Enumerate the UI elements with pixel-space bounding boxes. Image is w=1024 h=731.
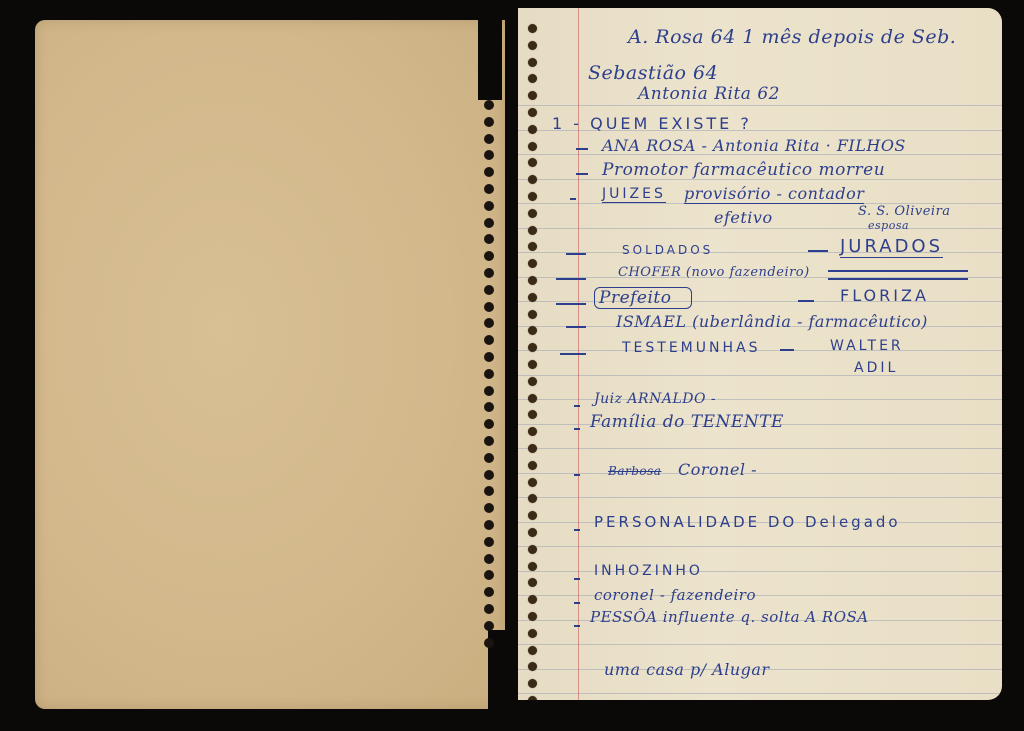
note-item: uma casa p/ Alugar (604, 660, 770, 679)
ruled-line (518, 644, 1002, 645)
ruled-line (518, 571, 1002, 572)
bullet-dash (566, 326, 586, 328)
bullet-dash (566, 253, 586, 255)
perforation-hole (528, 545, 537, 554)
ruled-line (518, 497, 1002, 498)
note-item: provisório - contador (684, 184, 864, 204)
perforation-hole (484, 100, 494, 110)
note-item: esposa (868, 219, 909, 232)
note-item: Promotor farmacêutico morreu (602, 160, 885, 180)
bullet-dash (574, 578, 580, 580)
perforation-hole (528, 108, 537, 117)
perforation-hole (528, 58, 537, 67)
ruled-line (518, 375, 1002, 376)
perforation-hole (528, 461, 537, 470)
perforation-hole (528, 612, 537, 621)
perforation-hole (484, 218, 494, 228)
note-item: Juiz ARNALDO - (594, 391, 716, 407)
perforation-hole (528, 410, 537, 419)
bullet-dash (574, 405, 580, 407)
bullet-dash (798, 300, 814, 302)
ruled-line (518, 448, 1002, 449)
note-item: FLORIZA (840, 286, 929, 305)
perforation-hole (484, 470, 494, 480)
perforation-hole (528, 175, 537, 184)
underline-stroke (828, 278, 968, 280)
note-item: ISMAEL (uberlândia - farmacêutico) (616, 312, 928, 331)
perforation-hole (528, 629, 537, 638)
perforation-hole (484, 201, 494, 211)
ruled-line (518, 399, 1002, 400)
perforation-hole (528, 427, 537, 436)
note-item: TESTEMUNHAS (622, 340, 760, 356)
perforation-hole (528, 310, 537, 319)
note-item: coronel - fazendeiro (594, 586, 756, 604)
section-title: 1 - QUEM EXISTE ? (552, 114, 752, 133)
perforation-hole (484, 537, 494, 547)
perforation-hole (528, 242, 537, 251)
ruled-line (518, 693, 1002, 694)
perforation-hole (528, 394, 537, 403)
bullet-dash (780, 349, 794, 351)
bullet-dash (574, 474, 580, 476)
perforation-hole (528, 494, 537, 503)
bullet-dash (560, 353, 586, 355)
perforation-hole (484, 369, 494, 379)
perforation-hole (528, 24, 537, 33)
perforation-hole (528, 679, 537, 688)
perforation-hole (484, 285, 494, 295)
note-item: PERSONALIDADE DO Delegado (594, 513, 901, 531)
ruled-line (518, 546, 1002, 547)
perforation-hole (528, 74, 537, 83)
bullet-dash (556, 303, 586, 305)
perforation-hole (484, 436, 494, 446)
note-item: CHOFER (novo fazendeiro) (618, 265, 810, 280)
note-item: efetivo (714, 208, 773, 227)
page-tear-shadow (478, 10, 502, 100)
note-header-3: Antonia Rita 62 (638, 84, 780, 104)
perforation-hole (484, 352, 494, 362)
perforation-hole (528, 562, 537, 571)
perforation-hole (528, 125, 537, 134)
perforation-hole (484, 520, 494, 530)
note-item: WALTER (830, 338, 904, 354)
note-item: SOLDADOS (622, 243, 713, 257)
bullet-dash (574, 625, 580, 627)
bullet-dash (574, 529, 580, 531)
perforation-hole (484, 302, 494, 312)
note-item: ADIL (854, 360, 898, 376)
perforation-hole (528, 478, 537, 487)
perforation-hole (528, 444, 537, 453)
perforation-hole (528, 528, 537, 537)
perforation-hole (528, 360, 537, 369)
perforation-hole (528, 662, 537, 671)
perforation-hole (528, 276, 537, 285)
bullet-dash (576, 173, 588, 175)
note-item: Família do TENENTE (590, 412, 784, 432)
perforation-hole (528, 377, 537, 386)
perforation-hole (528, 696, 537, 700)
perforation-hole (528, 158, 537, 167)
perforation-hole (528, 511, 537, 520)
perforation-hole (484, 638, 494, 648)
note-item: PESSÔA influente q. solta A ROSA (590, 608, 869, 626)
ruled-line (518, 105, 1002, 106)
struck-word: Barbosa (608, 464, 661, 478)
bullet-dash (808, 250, 828, 252)
perforation-hole (528, 41, 537, 50)
perforation-hole (528, 578, 537, 587)
perforation-hole (484, 621, 494, 631)
perforation-hole (528, 259, 537, 268)
note-item-juizes: JUIZES (602, 186, 666, 203)
perforation-hole (484, 268, 494, 278)
perforation-hole (484, 134, 494, 144)
perforation-hole (528, 209, 537, 218)
note-item: INHOZINHO (594, 563, 703, 579)
perforation-hole (528, 646, 537, 655)
perforation-hole (484, 453, 494, 463)
perforation-hole (528, 91, 537, 100)
perforation-hole (528, 226, 537, 235)
perforation-hole (528, 293, 537, 302)
ruled-line (518, 473, 1002, 474)
bullet-dash (574, 428, 580, 430)
note-item: S. S. Oliveira (858, 204, 951, 219)
perforation-hole (484, 554, 494, 564)
bullet-dash (556, 278, 586, 280)
perforation-hole (484, 184, 494, 194)
perforation-hole (484, 117, 494, 127)
bullet-dash (574, 602, 580, 604)
perforation-hole (528, 326, 537, 335)
perforation-hole (528, 192, 537, 201)
note-header-1: A. Rosa 64 1 mês depois de Seb. (628, 26, 956, 48)
ruled-line (518, 595, 1002, 596)
notebook-right-page: A. Rosa 64 1 mês depois de Seb. Sebastiã… (518, 8, 1002, 700)
ruled-line (518, 301, 1002, 302)
perforation-hole (528, 595, 537, 604)
perforation-hole (484, 604, 494, 614)
perforation-hole (484, 386, 494, 396)
underline-stroke (828, 270, 968, 272)
perforation-hole (528, 343, 537, 352)
bullet-dash (576, 148, 588, 150)
note-item-prefeito: Prefeito (594, 287, 692, 309)
notebook-left-page (35, 20, 505, 709)
ruled-line (518, 228, 1002, 229)
bullet-dash (570, 198, 576, 200)
note-header-2: Sebastião 64 (588, 62, 718, 84)
note-item: ANA ROSA - Antonia Rita · FILHOS (602, 136, 906, 155)
note-item: JURADOS (840, 236, 943, 258)
note-item: Coronel - (678, 460, 757, 479)
right-page-perforations (518, 8, 558, 700)
perforation-hole (528, 142, 537, 151)
